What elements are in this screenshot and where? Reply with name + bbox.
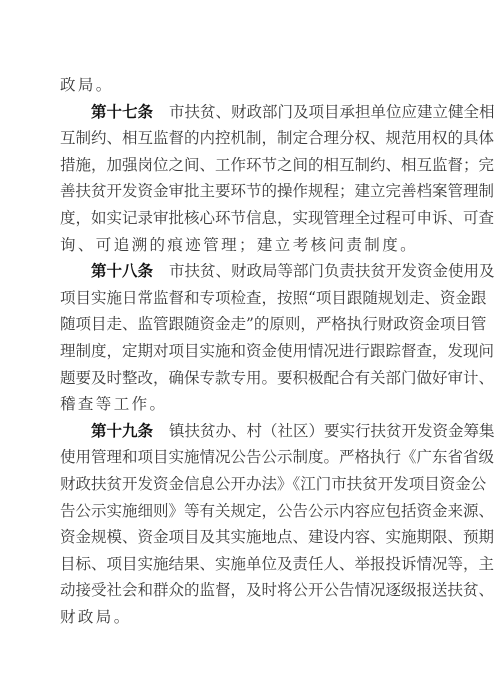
article-text: 度，如实记录审批核心环节信息，实现管理全过程可申诉、可查 xyxy=(60,205,440,232)
text-line: 随项目走、监管跟随资金走”的原则，严格执行财政资金项目管 xyxy=(60,311,440,338)
article-text: 镇扶贫办、村（社区）要实行扶贫开发资金筹集 xyxy=(169,418,495,445)
article-18-heading-line: 第十八条 市扶贫、财政局等部门负责扶贫开发资金使用及 xyxy=(60,258,440,285)
document-page: 政局。 第十七条 市扶贫、财政部门及项目承担单位应建立健全相 互制约、相互监督的… xyxy=(60,72,440,630)
article-text: 措施，加强岗位之间、工作环节之间的相互制约、相互监督；完 xyxy=(60,152,440,179)
article-text: 财政扶贫开发资金信息公开办法》《江门市扶贫开发项目资金公 xyxy=(60,471,440,498)
article-text: 询、可追溯的痕迹管理；建立考核问责制度。 xyxy=(60,232,418,259)
text-line: 动接受社会和群众的监督，及时将公开公告情况逐级报送扶贫、 xyxy=(60,577,440,604)
article-text: 市扶贫、财政部门及项目承担单位应建立健全相 xyxy=(169,99,495,126)
article-text: 资金规模、资金项目及其实施地点、建设内容、实施期限、预期 xyxy=(60,524,440,551)
text-line: 措施，加强岗位之间、工作环节之间的相互制约、相互监督；完 xyxy=(60,152,440,179)
article-text: 题要及时整改，确保专款专用。要积极配合有关部门做好审计、 xyxy=(60,365,440,392)
text-line: 财政局。 xyxy=(60,604,440,631)
article-text: 善扶贫开发资金审批主要环节的操作规程；建立完善档案管理制 xyxy=(60,178,440,205)
text-line: 财政扶贫开发资金信息公开办法》《江门市扶贫开发项目资金公 xyxy=(60,471,440,498)
text-line: 互制约、相互监督的内控机制，制定合理分权、规范用权的具体 xyxy=(60,125,440,152)
article-text: 目标、项目实施结果、实施单位及责任人、举报投诉情况等，主 xyxy=(60,551,440,578)
text-line: 度，如实记录审批核心环节信息，实现管理全过程可申诉、可查 xyxy=(60,205,440,232)
text-line: 询、可追溯的痕迹管理；建立考核问责制度。 xyxy=(60,232,440,259)
text-line: 善扶贫开发资金审批主要环节的操作规程；建立完善档案管理制 xyxy=(60,178,440,205)
article-text: 市扶贫、财政局等部门负责扶贫开发资金使用及 xyxy=(169,258,495,285)
article-19-heading-line: 第十九条 镇扶贫办、村（社区）要实行扶贫开发资金筹集 xyxy=(60,418,440,445)
text-line: 使用管理和项目实施情况公告公示制度。严格执行《广东省省级 xyxy=(60,444,440,471)
text-line: 政局。 xyxy=(60,72,440,99)
text-line: 目标、项目实施结果、实施单位及责任人、举报投诉情况等，主 xyxy=(60,551,440,578)
article-number: 第十九条 xyxy=(91,418,153,445)
paragraph-continuation: 政局。 xyxy=(60,72,114,99)
text-line: 理制度，定期对项目实施和资金使用情况进行跟踪督查，发现问 xyxy=(60,338,440,365)
article-number: 第十七条 xyxy=(91,99,153,126)
article-text: 随项目走、监管跟随资金走”的原则，严格执行财政资金项目管 xyxy=(60,311,440,338)
article-text: 财政局。 xyxy=(60,604,132,631)
article-text: 项目实施日常监督和专项检查，按照“项目跟随规划走、资金跟 xyxy=(60,285,440,312)
article-text: 互制约、相互监督的内控机制，制定合理分权、规范用权的具体 xyxy=(60,125,440,152)
text-line: 项目实施日常监督和专项检查，按照“项目跟随规划走、资金跟 xyxy=(60,285,440,312)
article-text: 动接受社会和群众的监督，及时将公开公告情况逐级报送扶贫、 xyxy=(60,577,440,604)
article-17-heading-line: 第十七条 市扶贫、财政部门及项目承担单位应建立健全相 xyxy=(60,99,440,126)
text-line: 稽查等工作。 xyxy=(60,391,440,418)
text-line: 题要及时整改，确保专款专用。要积极配合有关部门做好审计、 xyxy=(60,365,440,392)
text-line: 告公示实施细则》等有关规定，公告公示内容应包括资金来源、 xyxy=(60,498,440,525)
article-text: 告公示实施细则》等有关规定，公告公示内容应包括资金来源、 xyxy=(60,498,440,525)
article-text: 理制度，定期对项目实施和资金使用情况进行跟踪督查，发现问 xyxy=(60,338,440,365)
text-line: 资金规模、资金项目及其实施地点、建设内容、实施期限、预期 xyxy=(60,524,440,551)
article-text: 使用管理和项目实施情况公告公示制度。严格执行《广东省省级 xyxy=(60,444,440,471)
article-number: 第十八条 xyxy=(91,258,153,285)
article-text: 稽查等工作。 xyxy=(60,391,167,418)
